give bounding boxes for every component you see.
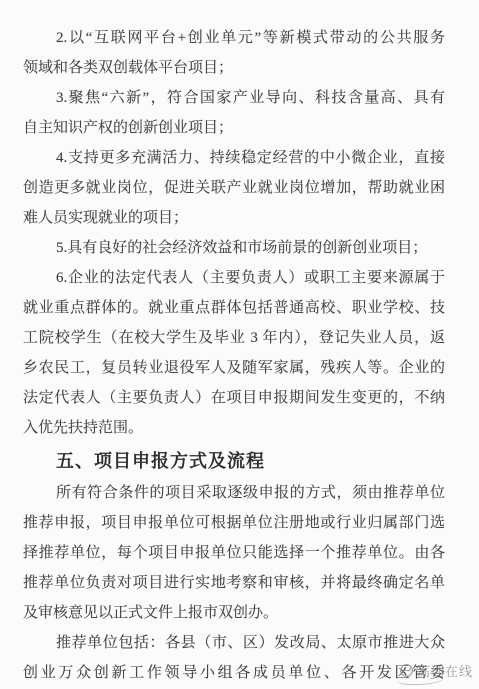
watermark: 高创在线: [399, 661, 473, 680]
text-line: 4.支持更多充满活力、持续稳定经营的中小微企业，直接: [23, 143, 445, 173]
document-lines: 2.以“互联网平台+创业单元”等新模式带动的公共服务领域和各类双创载体平台项目；…: [23, 23, 445, 688]
text-line: 创造更多就业岗位，促进关联产业就业岗位增加，帮助就业困: [23, 173, 445, 203]
text-line: 5.具有良好的社会经济效益和市场前景的创新创业项目；: [23, 233, 445, 263]
text-line: 2.以“互联网平台+创业单元”等新模式带动的公共服务: [23, 23, 445, 53]
text-line: 及审核意见以正式文件上报市双创办。: [23, 598, 445, 628]
text-line: 就业重点群体的。就业重点群体包括普通高校、职业学校、技: [23, 293, 445, 323]
section-heading: 五、项目申报方式及流程: [23, 445, 445, 478]
text-line: 乡农民工，复员转业退役军人及随军家属，残疾人等。企业的: [23, 353, 445, 383]
text-line: 推荐单位包括：各县（市、区）发改局、太原市推进大众: [23, 628, 445, 658]
text-line: 创业万众创新工作领导小组各成员单位、各开发区管委: [23, 658, 445, 688]
text-line: 领域和各类双创载体平台项目；: [23, 53, 445, 83]
text-line: 推荐申报，项目申报单位可根据单位注册地或行业归属部门选: [23, 508, 445, 538]
gaochuang-logo-icon: [399, 663, 414, 678]
text-line: 推荐单位负责对项目进行实地考察和审核，并将最终确定名单: [23, 568, 445, 598]
document-page: 2.以“互联网平台+创业单元”等新模式带动的公共服务领域和各类双创载体平台项目；…: [0, 0, 479, 689]
text-line: 难人员实现就业的项目；: [23, 203, 445, 233]
text-line: 择推荐单位，每个项目申报单位只能选择一个推荐单位。由各: [23, 538, 445, 568]
text-line: 6.企业的法定代表人（主要负责人）或职工主要来源属于: [23, 263, 445, 293]
text-line: 自主知识产权的创新创业项目；: [23, 113, 445, 143]
text-line: 3.聚焦“六新”，符合国家产业导向、科技含量高、具有: [23, 83, 445, 113]
text-line: 入优先扶持范围。: [23, 413, 445, 443]
text-line: 法定代表人（主要负责人）在项目申报期间发生变更的，不纳: [23, 383, 445, 413]
text-line: 所有符合条件的项目采取逐级申报的方式，须由推荐单位: [23, 478, 445, 508]
text-line: 工院校学生（在校大学生及毕业 3 年内），登记失业人员，返: [23, 323, 445, 353]
